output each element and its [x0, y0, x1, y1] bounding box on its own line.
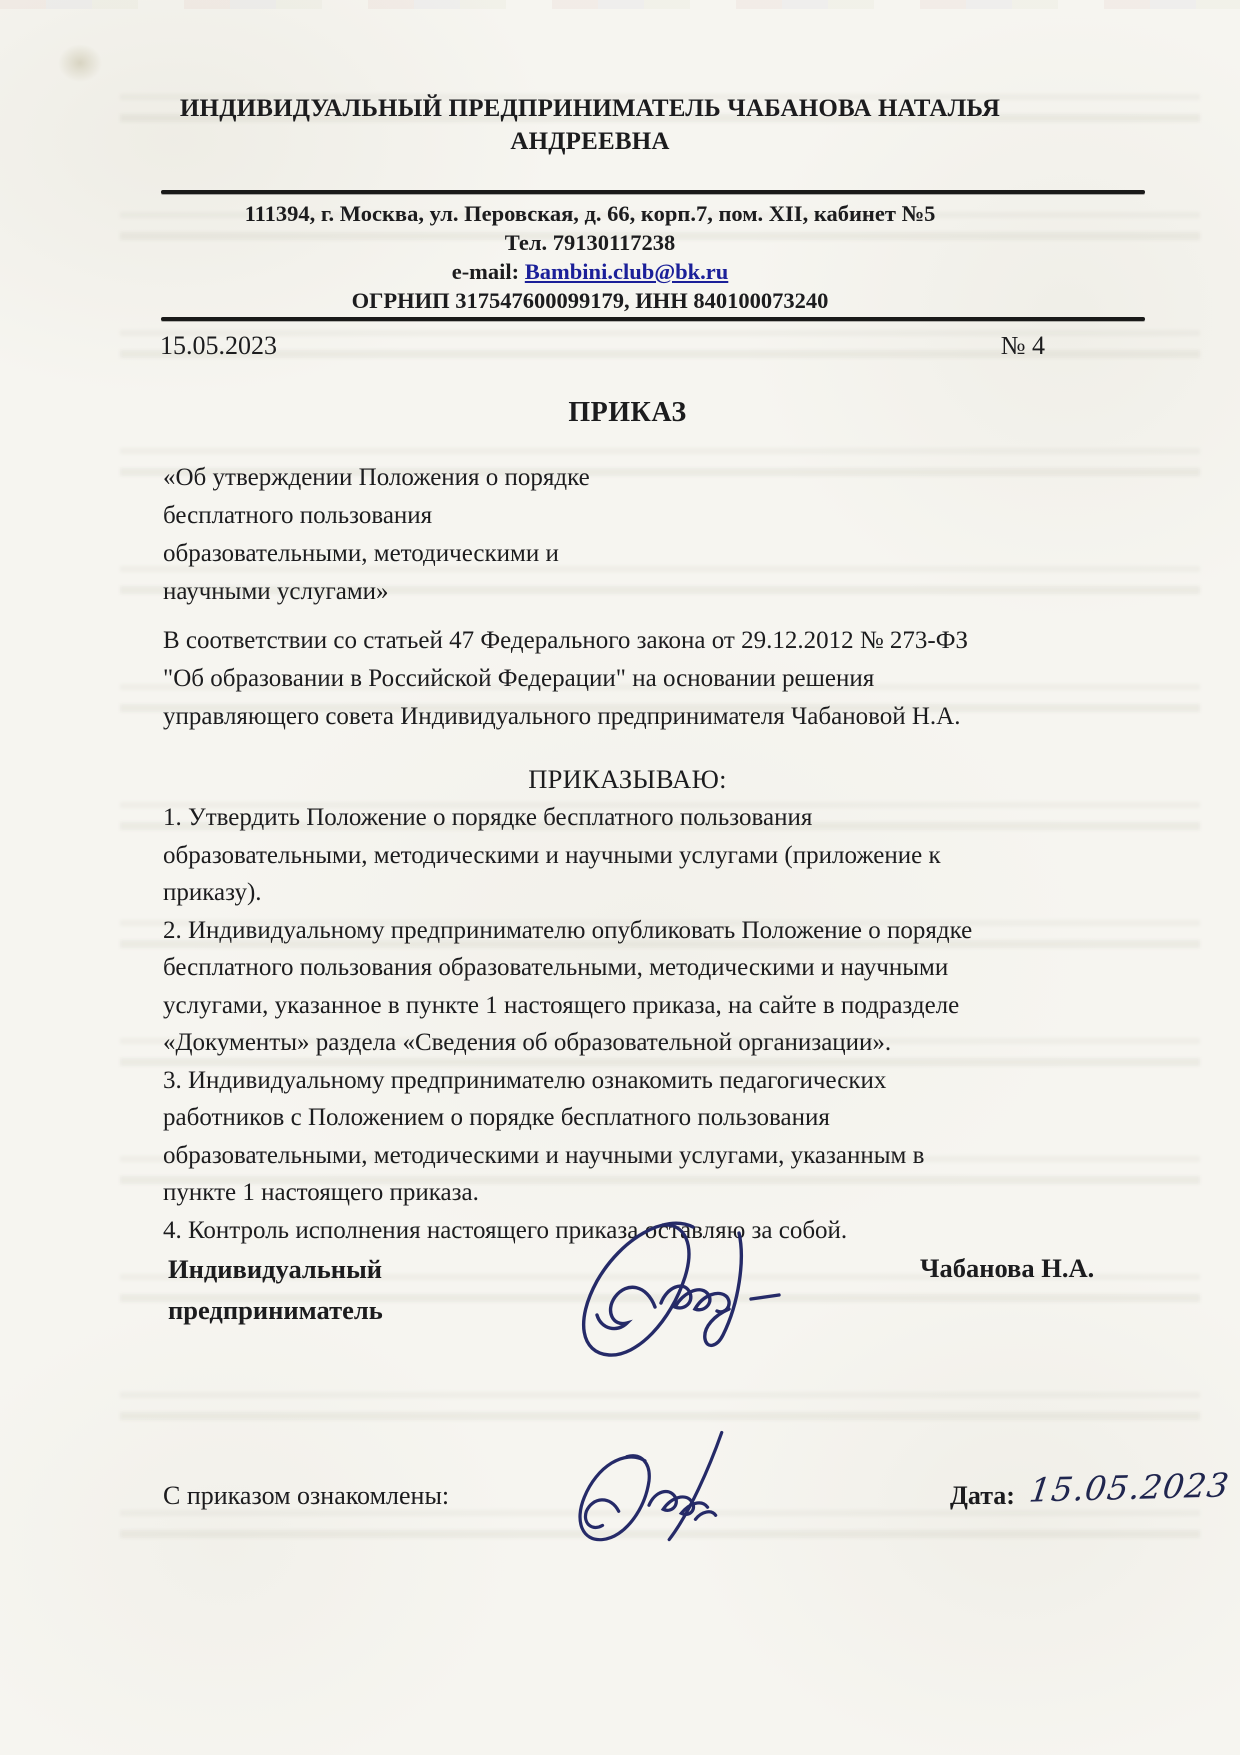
contact-phone: Тел. 79130117238 — [160, 228, 1020, 257]
preamble-paragraph: В соответствии со статьей 47 Федеральног… — [163, 622, 1163, 736]
org-name-line1: ИНДИВИДУАЛЬНЫЙ ПРЕДПРИНИМАТЕЛЬ ЧАБАНОВА … — [160, 92, 1020, 125]
scanned-document-page: ИНДИВИДУАЛЬНЫЙ ПРЕДПРИНИМАТЕЛЬ ЧАБАНОВА … — [0, 0, 1240, 1755]
org-name-line2: АНДРЕЕВНА — [160, 125, 1020, 158]
signer-name: Чабанова Н.А. — [920, 1253, 1094, 1284]
doc-date: 15.05.2023 — [160, 331, 277, 360]
order-item: 3. Индивидуальному предпринимателю ознак… — [163, 1062, 1163, 1212]
order-items: 1. Утвердить Положение о порядке бесплат… — [163, 799, 1163, 1249]
email-label: e-mail: — [452, 259, 519, 284]
signer-role: Индивидуальный предприниматель — [168, 1249, 383, 1331]
contact-email-row: e-mail: Bambini.club@bk.ru — [160, 257, 1020, 286]
handwritten-date: 15.05.2023 — [1027, 1465, 1232, 1509]
contact-block: 111394, г. Москва, ул. Перовская, д. 66,… — [160, 199, 1020, 315]
order-subject: «Об утверждении Положения о порядке бесп… — [163, 459, 863, 611]
header-divider-top — [161, 190, 1145, 194]
ack-label: С приказом ознакомлены: — [163, 1481, 449, 1511]
ack-date-label: Дата: — [950, 1481, 1015, 1511]
order-item: 2. Индивидуальному предпринимателю опубл… — [163, 912, 1163, 1062]
header-divider-bottom — [161, 317, 1145, 321]
contact-address: 111394, г. Москва, ул. Перовская, д. 66,… — [160, 199, 1020, 228]
directive-heading: ПРИКАЗЫВАЮ: — [160, 764, 1095, 795]
doc-title: ПРИКАЗ — [160, 397, 1095, 429]
signature-ink-ack — [548, 1418, 750, 1550]
paper-stain — [58, 44, 102, 82]
doc-number: № 4 — [1001, 331, 1045, 361]
contact-registration: ОГРНИП 317547600099179, ИНН 840100073240 — [160, 286, 1020, 315]
meta-row: 15.05.2023 № 4 — [160, 331, 1145, 361]
order-item: 1. Утвердить Положение о порядке бесплат… — [163, 799, 1163, 912]
org-header: ИНДИВИДУАЛЬНЫЙ ПРЕДПРИНИМАТЕЛЬ ЧАБАНОВА … — [160, 92, 1020, 158]
scan-edge-artifacts — [0, 0, 1240, 9]
signature-ink-main — [543, 1210, 783, 1362]
email-link[interactable]: Bambini.club@bk.ru — [525, 259, 729, 284]
